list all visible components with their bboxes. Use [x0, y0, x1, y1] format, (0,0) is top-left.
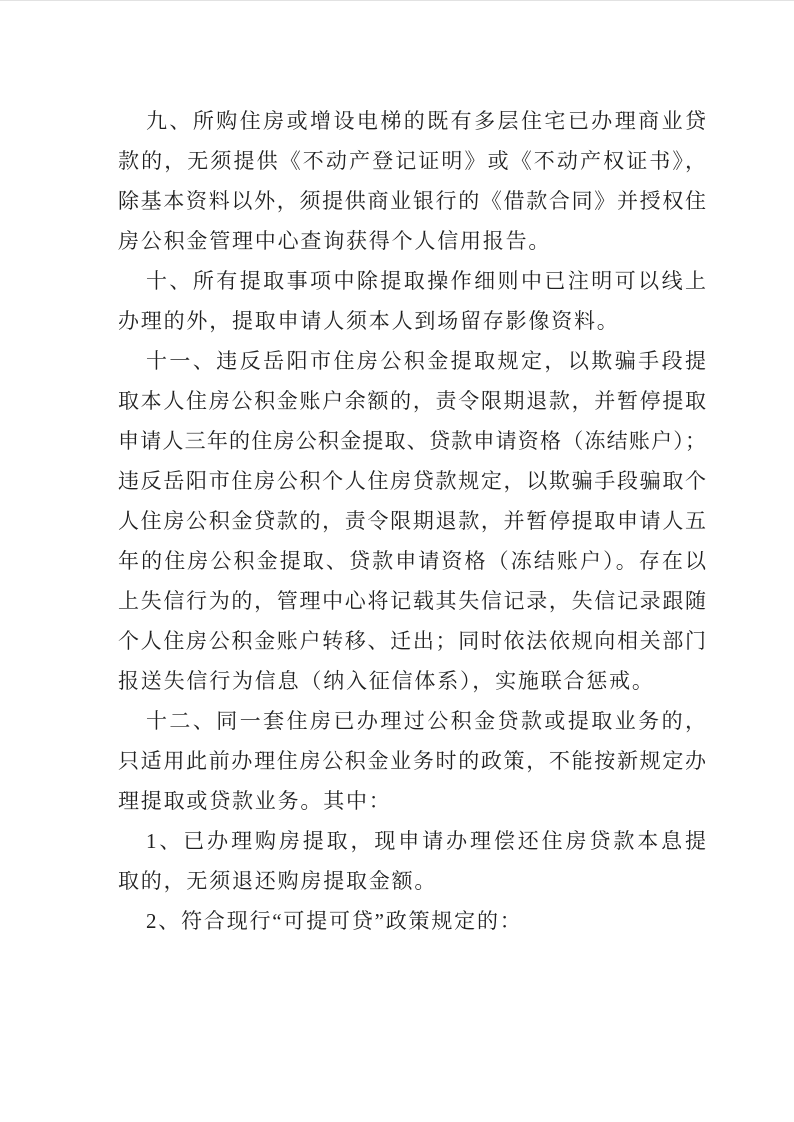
- text-line: 办理的外，提取申请人须本人到场留存影像资料。: [118, 301, 706, 341]
- document-body: 九、所购住房或增设电梯的既有多层住宅已办理商业贷款的，无须提供《不动产登记证明》…: [118, 101, 706, 941]
- paragraph: 2、符合现行“可提可贷”政策规定的：: [118, 901, 706, 941]
- text-line: 十、所有提取事项中除提取操作细则中已注明可以线上: [118, 261, 706, 301]
- text-line: 申请人三年的住房公积金提取、贷款申请资格（冻结账户）；: [118, 421, 706, 461]
- text-line: 房公积金管理中心查询获得个人信用报告。: [118, 221, 706, 261]
- text-line: 报送失信行为信息（纳入征信体系），实施联合惩戒。: [118, 661, 706, 701]
- text-line: 除基本资料以外，须提供商业银行的《借款合同》并授权住: [118, 181, 706, 221]
- text-line: 个人住房公积金账户转移、迁出；同时依法依规向相关部门: [118, 621, 706, 661]
- text-line: 1、已办理购房提取，现申请办理偿还住房贷款本息提: [118, 821, 706, 861]
- text-line: 十二、同一套住房已办理过公积金贷款或提取业务的，: [118, 701, 706, 741]
- document-page: 九、所购住房或增设电梯的既有多层住宅已办理商业贷款的，无须提供《不动产登记证明》…: [0, 0, 794, 1122]
- paragraph: 十一、违反岳阳市住房公积金提取规定，以欺骗手段提取本人住房公积金账户余额的，责令…: [118, 341, 706, 701]
- text-line: 理提取或贷款业务。其中：: [118, 781, 706, 821]
- text-line: 九、所购住房或增设电梯的既有多层住宅已办理商业贷: [118, 101, 706, 141]
- paragraph: 1、已办理购房提取，现申请办理偿还住房贷款本息提取的，无须退还购房提取金额。: [118, 821, 706, 901]
- text-line: 2、符合现行“可提可贷”政策规定的：: [118, 901, 706, 941]
- paragraph: 九、所购住房或增设电梯的既有多层住宅已办理商业贷款的，无须提供《不动产登记证明》…: [118, 101, 706, 261]
- text-line: 取的，无须退还购房提取金额。: [118, 861, 706, 901]
- paragraph: 十二、同一套住房已办理过公积金贷款或提取业务的，只适用此前办理住房公积金业务时的…: [118, 701, 706, 821]
- text-line: 只适用此前办理住房公积金业务时的政策，不能按新规定办: [118, 741, 706, 781]
- text-line: 取本人住房公积金账户余额的，责令限期退款，并暂停提取: [118, 381, 706, 421]
- paragraph: 十、所有提取事项中除提取操作细则中已注明可以线上办理的外，提取申请人须本人到场留…: [118, 261, 706, 341]
- text-line: 年的住房公积金提取、贷款申请资格（冻结账户）。存在以: [118, 541, 706, 581]
- text-line: 上失信行为的，管理中心将记载其失信记录，失信记录跟随: [118, 581, 706, 621]
- text-line: 违反岳阳市住房公积个人住房贷款规定，以欺骗手段骗取个: [118, 461, 706, 501]
- text-line: 十一、违反岳阳市住房公积金提取规定，以欺骗手段提: [118, 341, 706, 381]
- text-line: 款的，无须提供《不动产登记证明》或《不动产权证书》，: [118, 141, 706, 181]
- text-line: 人住房公积金贷款的，责令限期退款，并暂停提取申请人五: [118, 501, 706, 541]
